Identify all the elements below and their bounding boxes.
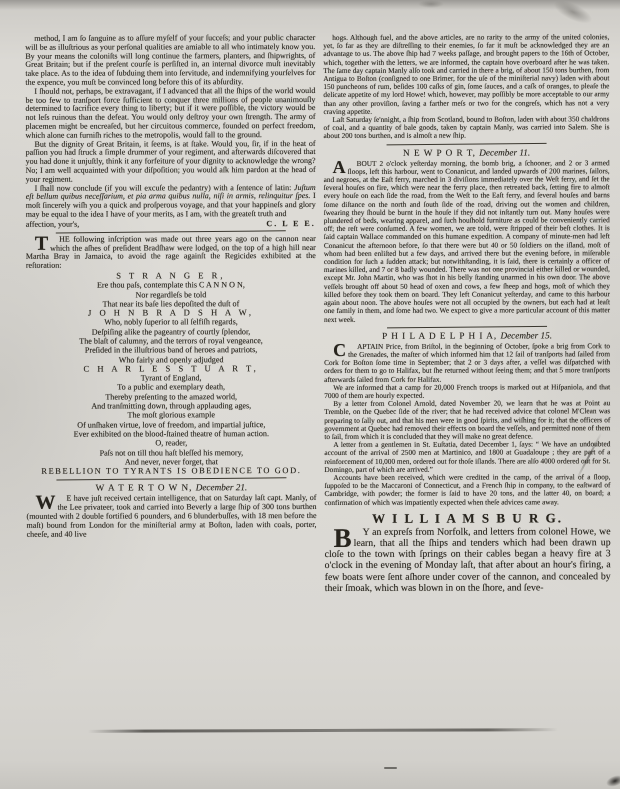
letter-closing-line: affection, your's, C. L E E. bbox=[26, 219, 316, 229]
epitaph-line: REBELLION TO TYRANTS IS OBEDIENCE TO GOD… bbox=[26, 466, 316, 476]
section-divider bbox=[387, 326, 547, 329]
drop-cap: T bbox=[26, 235, 50, 252]
scan-artifact-corner-mark bbox=[605, 773, 620, 789]
newport-article: ABOUT 2 o'clock yeſterday morning, the b… bbox=[324, 159, 610, 324]
scan-artifact-smudge bbox=[418, 0, 444, 8]
philadelphia-paragraph: A letter from a gentlemen in St. Euſtati… bbox=[324, 440, 610, 474]
newspaper-scan-page: method, I am ſo ſanguine as to aſſure my… bbox=[0, 0, 620, 789]
williamsburg-dateline: W I L L I A M S B U R G. bbox=[325, 510, 611, 526]
letter-signature: C. L E E. bbox=[266, 219, 315, 228]
section-divider bbox=[387, 142, 547, 145]
letter-closing: affection, your's, bbox=[26, 219, 80, 228]
scan-artifact-smudge bbox=[551, 0, 596, 28]
newport-dateline: N E W P O R T, December 11. bbox=[324, 147, 610, 159]
drop-cap: B bbox=[325, 527, 354, 549]
continuation-paragraph: Laſt Saturday ſe'nnight, a ſhip from Sco… bbox=[323, 115, 609, 140]
philadelphia-article: CAPTAIN Price, from Briſtol, in the begi… bbox=[324, 342, 610, 384]
inscription-intro: THE following inſcription was made out t… bbox=[26, 235, 316, 271]
dateline-city: W A T E R T O W N, bbox=[96, 483, 193, 493]
letter-paragraph: I ſhall now conclude (if you will excuſe… bbox=[26, 184, 316, 220]
letter-paragraph: I ſhould not, perhaps, be extravagant, i… bbox=[25, 87, 315, 141]
section-divider bbox=[56, 478, 286, 481]
dateline-city: W I L L I A M S B U R G. bbox=[372, 510, 563, 525]
drop-cap: A bbox=[324, 160, 348, 175]
dateline-date: December 11. bbox=[479, 147, 530, 157]
drop-cap: W bbox=[26, 495, 57, 512]
left-column: method, I am ſo ſanguine as to aſſure my… bbox=[25, 34, 316, 595]
letter-paragraph: But the dignity of Great Britain, it ſee… bbox=[26, 140, 316, 185]
williamsburg-article: BY an expreſs from Norfolk, and letters … bbox=[325, 526, 611, 594]
inscription-intro-text: HE following inſcription was made out th… bbox=[26, 234, 316, 270]
philadelphia-paragraph: By a letter from Colonel Arnold, dated N… bbox=[324, 399, 610, 441]
drop-cap: C bbox=[324, 343, 348, 358]
section-divider bbox=[56, 230, 286, 233]
bradshaw-epitaph: S T R A N G E R, Ere thou paſs, contempl… bbox=[26, 271, 317, 476]
philadelphia-dateline: P H I L A D E L P H I A, December 15. bbox=[324, 330, 610, 342]
right-column: hogs. Although fuel, and the above artic… bbox=[323, 33, 610, 594]
continuation-paragraph: hogs. Although fuel, and the above artic… bbox=[323, 33, 609, 116]
dateline-date: December 21. bbox=[196, 483, 248, 493]
dateline-city: P H I L A D E L P H I A, bbox=[382, 330, 497, 340]
letter-paragraph: method, I am ſo ſanguine as to aſſure my… bbox=[25, 34, 315, 88]
philadelphia-paragraph: Accounts have been received, which were … bbox=[324, 473, 610, 507]
article-text: Y an expreſs from Norfolk, and letters f… bbox=[325, 526, 611, 594]
scan-artifact-mark bbox=[384, 767, 397, 769]
article-text: APTAIN Price, from Briſtol, in the begin… bbox=[324, 341, 610, 384]
watertown-article: WE have juſt received certain intelligen… bbox=[26, 494, 316, 539]
dateline-date: December 15. bbox=[500, 330, 552, 340]
article-text: BOUT 2 o'clock yeſterday morning, the bo… bbox=[324, 158, 610, 324]
page-content: method, I am ſo ſanguine as to aſſure my… bbox=[25, 33, 610, 595]
dateline-city: N E W P O R T, bbox=[403, 147, 476, 157]
scan-artifact-fold-shadow bbox=[88, 728, 558, 733]
article-text: E have juſt received certain intelligenc… bbox=[27, 493, 317, 538]
